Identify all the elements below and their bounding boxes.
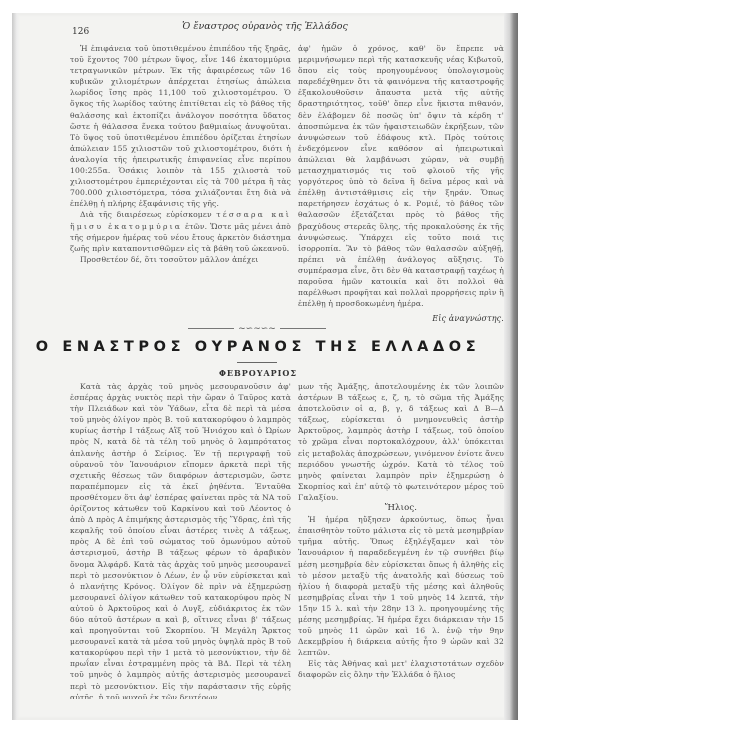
running-title: Ὁ ἔναστρος οὐρανὸς τῆς Ἑλλάδος: [12, 21, 518, 32]
paragraph-spaced: Διὰ τῆς διαιρέσεως εὑρίσκομεν τέσσαρα κα…: [70, 209, 291, 253]
section-ornament: ~∽∼∽~: [182, 324, 332, 334]
article-subheadline: ΦΕΒΡΟΥΑΡΙΟΣ: [12, 368, 504, 378]
main-article-right-column: μων τῆς Ἀμάξης, ἀποτελουμένης ἐκ τῶν λοι…: [298, 381, 504, 681]
ornament-rule: [280, 328, 326, 329]
headline-rule: [237, 362, 277, 363]
ornament-flourish: ~∽∼∽~: [238, 324, 276, 334]
paragraph: Κατὰ τὰς ἀρχὰς τοῦ μηνὸς μεσουρανοῦσιν ἀ…: [70, 381, 291, 699]
spaced-lead: Διὰ τῆς διαιρέσεως εὑρίσκομεν: [80, 210, 212, 219]
paragraph: Ἡ ἐπιφάνεια τοῦ ὑποτιθεμένου ἐπιπέδου τῆ…: [70, 43, 291, 209]
main-article-left-column: Κατὰ τὰς ἀρχὰς τοῦ μηνὸς μεσουρανοῦσιν ἀ…: [70, 381, 291, 699]
sun-section-heading: Ἥλιος.: [298, 503, 504, 514]
paragraph: ἀφ' ἡμῶν ὁ χρόνος, καθ' ὃν ἔπρεπε νὰ μερ…: [298, 43, 504, 309]
paragraph: Εἰς τὰς Ἀθήνας καὶ μετ' ἐλαχιστοτάτων σχ…: [298, 658, 504, 680]
scanned-page: 126 Ὁ ἔναστρος οὐρανὸς τῆς Ἑλλάδος Ἡ ἐπι…: [12, 13, 518, 720]
top-article-right-column: ἀφ' ἡμῶν ὁ χρόνος, καθ' ὃν ἔπρεπε νὰ μερ…: [298, 43, 504, 333]
paragraph: Προσθετέον δέ, ὅτι τοσοῦτον μᾶλλον ἀπέχε…: [70, 254, 291, 265]
paragraph: μων τῆς Ἀμάξης, ἀποτελουμένης ἐκ τῶν λοι…: [298, 381, 504, 503]
author-signature: Εἰς ἀναγνώστης.: [298, 313, 504, 324]
page-spine-shadow: [504, 13, 518, 720]
paragraph: Ἡ ἡμέρα ηὔξησεν ἀρκούντως, ὅπως ἦναι ἐπα…: [298, 514, 504, 658]
top-article-left-column: Ἡ ἐπιφάνεια τοῦ ὑποτιθεμένου ἐπιπέδου τῆ…: [70, 43, 291, 315]
article-headline: Ο ΕΝΑΣΤΡΟΣ ΟΥΡΑΝΟΣ ΤΗΣ ΕΛΛΑΔΟΣ: [12, 339, 504, 355]
ornament-rule: [188, 328, 234, 329]
